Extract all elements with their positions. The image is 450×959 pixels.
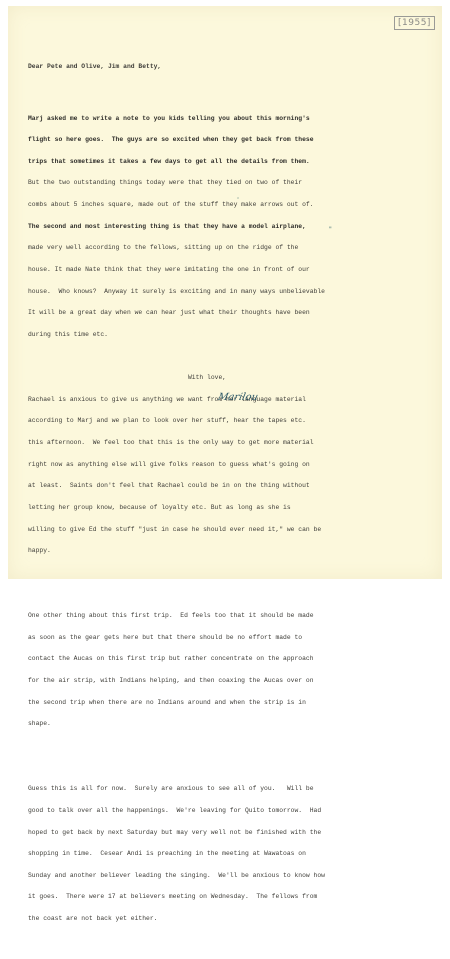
text-line: Marj asked me to write a note to you kid… xyxy=(28,115,438,122)
text-line: It will be a great day when we can hear … xyxy=(28,309,438,316)
text-line: house. Who knows? Anyway it surely is ex… xyxy=(28,288,438,295)
text-line: this afternoon. We feel too that this is… xyxy=(28,439,438,446)
text-line: happy. xyxy=(28,547,438,554)
text-line: according to Marj and we plan to look ov… xyxy=(28,417,438,424)
date-annotation: [1955] xyxy=(394,16,435,30)
ink-correction-mark-icon: ‸ xyxy=(237,192,239,199)
text-line: house. It made Nate think that they were… xyxy=(28,266,438,273)
text-line: trips that sometimes it takes a few days… xyxy=(28,158,438,165)
ink-quote-mark-icon: " xyxy=(329,226,332,233)
text-line: at least. Saints don't feel that Rachael… xyxy=(28,482,438,489)
letter-body: Dear Pete and Olive, Jim and Betty, Marj… xyxy=(28,49,438,585)
letter-page: [1955] Dear Pete and Olive, Jim and Bett… xyxy=(8,6,442,579)
text-line: letting her group know, because of loyal… xyxy=(28,504,438,511)
text-line: flight so here goes. The guys are so exc… xyxy=(28,136,438,143)
text-line: during this time etc. xyxy=(28,331,438,338)
paragraph-2: Rachael is anxious to give us anything w… xyxy=(28,381,438,568)
text-line: But the two outstanding things today wer… xyxy=(28,179,438,186)
text-line: right now as anything else will give fol… xyxy=(28,461,438,468)
text-line: combs about 5 inches square, made out of… xyxy=(28,201,438,208)
paragraph-1: Marj asked me to write a note to you kid… xyxy=(28,100,438,352)
handwritten-signature: Marilou xyxy=(217,392,259,403)
text-line: made very well according to the fellows,… xyxy=(28,244,438,251)
text-line: willing to give Ed the stuff "just in ca… xyxy=(28,526,438,533)
salutation: Dear Pete and Olive, Jim and Betty, xyxy=(28,63,438,70)
text-line: The second and most interesting thing is… xyxy=(28,223,438,230)
closing: With love, xyxy=(188,374,226,381)
